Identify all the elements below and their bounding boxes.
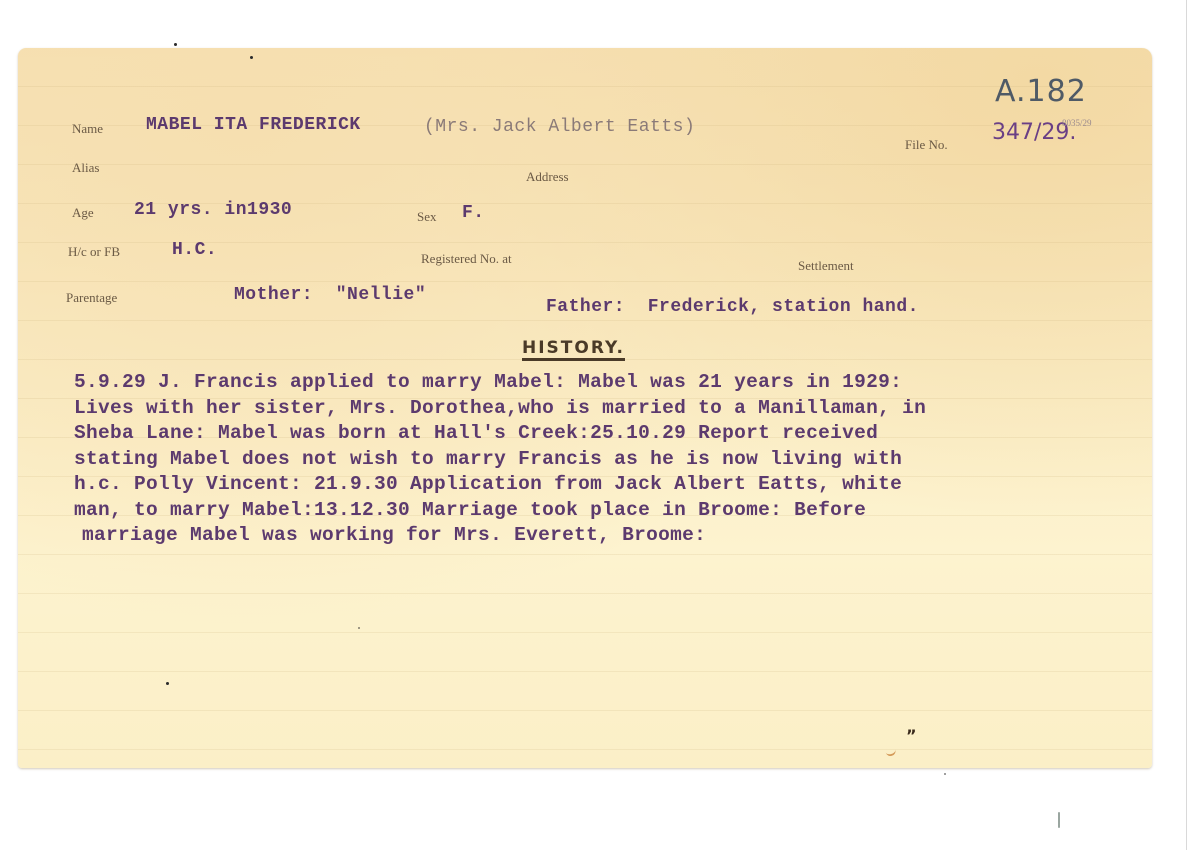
history-line: h.c. Polly Vincent: 21.9.30 Application …	[74, 472, 1084, 498]
name-value: MABEL ITA FREDERICK	[146, 115, 361, 135]
married-name-value: (Mrs. Jack Albert Eatts)	[424, 117, 695, 137]
history-heading: HISTORY.	[522, 338, 625, 361]
alias-label: Alias	[72, 160, 99, 176]
address-label: Address	[526, 169, 569, 185]
mother-value: Mother: "Nellie"	[234, 285, 426, 305]
accession-stamp: A.182	[995, 74, 1087, 109]
history-line: stating Mabel does not wish to marry Fra…	[74, 447, 1084, 473]
dust-speck	[174, 43, 177, 46]
history-line: Lives with her sister, Mrs. Dorothea,who…	[74, 396, 1084, 422]
history-line: Sheba Lane: Mabel was born at Hall's Cre…	[74, 421, 1084, 447]
history-line: 5.9.29 J. Francis applied to marry Mabel…	[74, 370, 1084, 396]
age-label: Age	[72, 205, 94, 221]
name-label: Name	[72, 121, 103, 137]
age-value: 21 yrs. in1930	[134, 200, 292, 220]
history-text: 5.9.29 J. Francis applied to marry Mabel…	[74, 370, 1084, 549]
dust-speck	[250, 56, 253, 59]
sex-value: F.	[462, 203, 485, 223]
dust-speck	[358, 627, 360, 629]
file-no-annotation: 8035/29	[1062, 118, 1092, 128]
father-value: Father: Frederick, station hand.	[546, 297, 919, 317]
dust-speck	[166, 682, 169, 685]
registered-no-label: Registered No. at	[421, 251, 512, 267]
sex-label: Sex	[417, 209, 437, 225]
hc-or-fb-value: H.C.	[172, 240, 217, 260]
ditto-mark: ”	[906, 726, 917, 745]
pencil-mark	[1058, 812, 1060, 828]
settlement-label: Settlement	[798, 258, 854, 274]
dust-speck	[944, 773, 946, 775]
hc-or-fb-label: H/c or FB	[68, 244, 120, 260]
history-line: man, to marry Mabel:13.12.30 Marriage to…	[74, 498, 1084, 524]
file-no-label: File No.	[905, 137, 948, 153]
history-line: marriage Mabel was working for Mrs. Ever…	[74, 523, 1084, 549]
scan-edge-line	[1186, 0, 1187, 850]
parentage-label: Parentage	[66, 290, 117, 306]
